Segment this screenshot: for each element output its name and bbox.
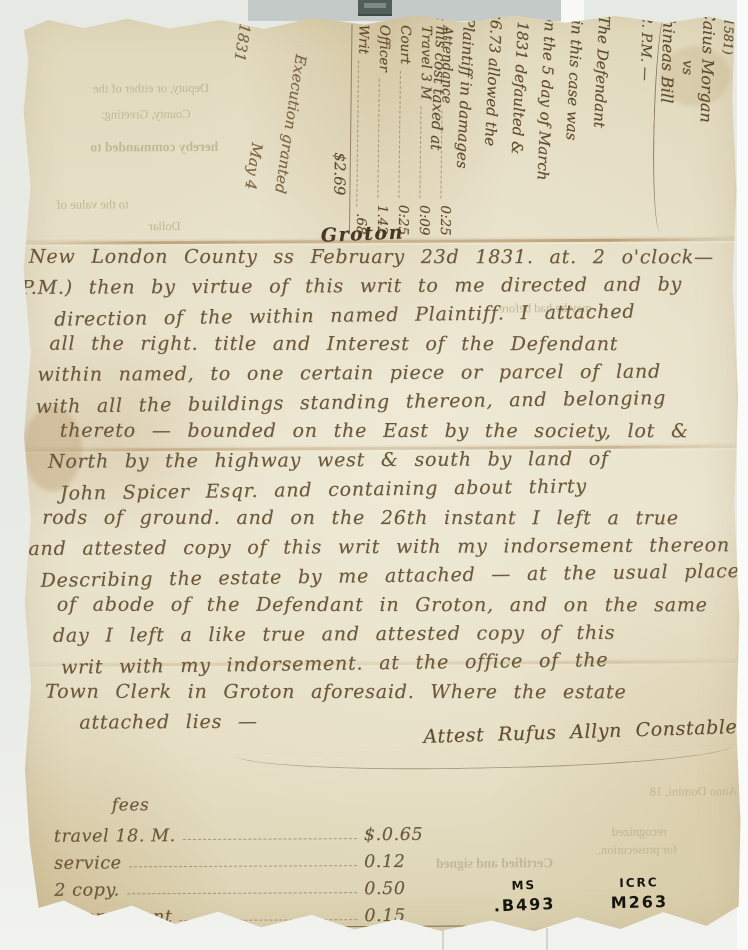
catalog-mark-icrc: ICRC M263 <box>589 872 690 914</box>
cost-row: Attendance 0:25 <box>434 25 458 235</box>
body-line: rods of ground. and on the 26th instant … <box>42 507 734 537</box>
fee-row: indorsement 0.15 <box>54 899 446 928</box>
cost-amount: 0:09 <box>413 205 434 236</box>
fee-row: 2 copy. 0.50 <box>54 872 446 901</box>
docket-costs-block: Attendance 0:25 Travel 3 M 0:09 Court 0:… <box>325 24 458 236</box>
bleedthrough-text: recognized <box>612 825 667 840</box>
fee-row: service 0.12 <box>54 845 446 874</box>
place-heading: Groton <box>320 221 404 246</box>
cost-label: Travel 3 M <box>415 25 437 100</box>
cost-row: Writ .68 <box>350 24 374 234</box>
fee-label: service <box>54 853 122 873</box>
scanned-document-view: Deputy, or either of the County, Greetin… <box>0 0 748 950</box>
dash-leader <box>440 111 452 199</box>
body-line: Town Clerk in Groton aforesaid. Where th… <box>45 681 735 711</box>
return-body: New London County ss February 23d 1831. … <box>21 244 736 741</box>
cost-amount: 0:25 <box>434 205 455 236</box>
cost-label: Writ <box>352 24 373 54</box>
dash-leader <box>398 71 411 198</box>
docket-caption-block: (1581) Caius Morgan vs Phineas Bill 2. P… <box>632 6 739 234</box>
bleedthrough-text: Anno Domini, 18 <box>650 784 738 799</box>
paper-clip <box>358 0 392 16</box>
cost-row: Officer 1.42 <box>371 25 395 235</box>
cost-label: Attendance <box>436 25 458 103</box>
dash-leader <box>377 79 389 198</box>
body-line: all the right. title and Interest of the… <box>49 333 733 363</box>
body-line: of abode of the Defendant in Groton, and… <box>57 594 735 624</box>
bleedthrough-text: County, Greeting: <box>101 107 191 122</box>
fee-bill: fees travel 18. M. $.0.65 service 0.12 2… <box>54 794 447 950</box>
bleedthrough-text: Certified and signed <box>436 855 553 872</box>
catalog-mark-ms: MS .B493 <box>478 873 570 917</box>
dash-leader <box>127 882 357 894</box>
dash-leader <box>356 61 369 206</box>
catalog-mark-line: .B493 <box>479 893 570 917</box>
body-line: thereto — bounded on the East by the soc… <box>60 420 734 450</box>
fee-label: indorsement <box>54 907 172 928</box>
fee-amount: 0.12 <box>364 852 446 872</box>
costs-total: $2.69 <box>328 24 353 234</box>
fee-row: travel 18. M. $.0.65 <box>54 818 446 847</box>
body-line: New London County ss February 23d 1831. … <box>29 246 733 276</box>
bleedthrough-text: for prosecution. <box>598 842 677 857</box>
fee-amount: 0.50 <box>364 879 446 899</box>
cost-label: Officer <box>373 25 395 72</box>
dash-leader <box>183 828 357 840</box>
catalog-mark-line: ICRC <box>589 872 689 894</box>
fee-label: 2 copy. <box>54 880 120 900</box>
dash-leader <box>179 909 357 921</box>
fee-amount: $.0.65 <box>364 825 446 845</box>
fee-amount: 0.15 <box>364 906 446 926</box>
docket-execution-block: Execution granted May 4 1831 <box>167 13 320 259</box>
signature-flourish <box>233 745 733 774</box>
cost-row: Travel 3 M 0:09 <box>413 25 437 235</box>
cost-label: Court <box>394 25 415 64</box>
backing-seam <box>546 928 548 950</box>
bleedthrough-text: to the value of <box>57 197 129 212</box>
catalog-mark-line: M263 <box>589 892 689 914</box>
dash-leader <box>419 107 431 198</box>
fee-label: travel 18. M. <box>54 826 176 847</box>
docket-note: 2. P.M. — <box>630 6 657 231</box>
fee-heading: fees <box>112 794 446 820</box>
cost-row: Court 0:25 <box>392 25 416 235</box>
dash-leader <box>129 855 358 867</box>
manuscript-page: Deputy, or either of the County, Greetin… <box>20 6 743 936</box>
